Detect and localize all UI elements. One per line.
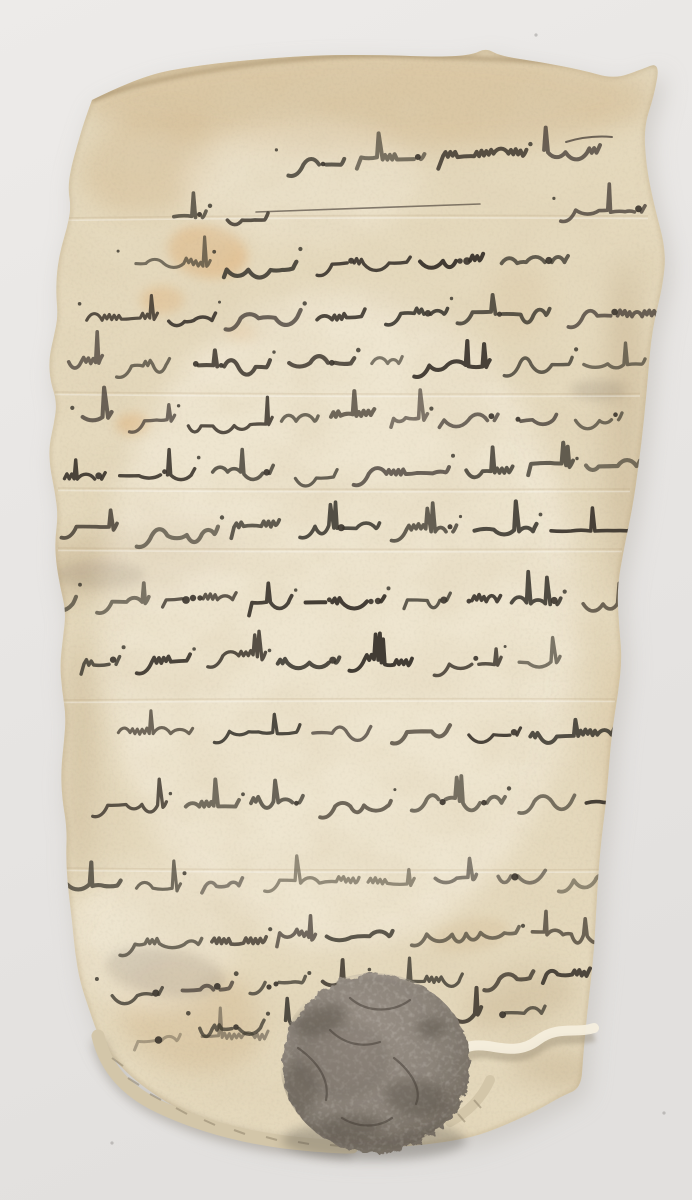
diacritic-dot — [78, 302, 82, 306]
diacritic-dot — [183, 871, 187, 875]
diacritic-dot — [95, 977, 99, 981]
diacritic-dot — [539, 513, 543, 517]
diacritic-dot — [504, 645, 507, 648]
diacritic-dot — [208, 204, 212, 208]
diacritic-dot — [122, 645, 126, 649]
seal-blotch — [417, 1018, 447, 1038]
diacritic-dot — [528, 142, 532, 146]
ink-blob — [457, 258, 463, 264]
diacritic-dot — [507, 786, 511, 790]
dust-speck — [110, 1141, 113, 1144]
diacritic-dot — [197, 456, 201, 460]
diacritic-dot — [169, 792, 172, 795]
ink-blob — [266, 984, 271, 989]
diacritic-dot — [356, 348, 361, 353]
ink-blob — [473, 656, 478, 661]
diacritic-dot — [303, 301, 307, 305]
seal-blotch — [290, 1020, 390, 1100]
diacritic-dot — [451, 454, 455, 458]
manuscript-photograph — [0, 0, 692, 1200]
ink-blob — [448, 524, 453, 529]
diacritic-dot — [78, 583, 82, 587]
diacritic-dot — [117, 250, 120, 253]
diacritic-dot — [387, 586, 391, 590]
dust-speck — [662, 1111, 665, 1114]
diacritic-dot — [450, 297, 453, 300]
ink-blob — [182, 596, 190, 604]
diacritic-dot — [275, 148, 278, 151]
diacritic-dot — [234, 971, 239, 976]
diacritic-dot — [220, 515, 224, 519]
diacritic-dot — [298, 247, 302, 251]
diacritic-dot — [575, 457, 578, 460]
dust-speck — [534, 33, 537, 36]
diacritic-dot — [268, 927, 272, 931]
diacritic-dot — [459, 515, 462, 518]
ink-blob — [368, 599, 373, 604]
diacritic-dot — [70, 406, 74, 410]
diacritic-dot — [192, 647, 196, 651]
diacritic-dot — [429, 407, 433, 411]
diacritic-dot — [212, 250, 216, 254]
manuscript-scene — [0, 0, 692, 1200]
diacritic-dot — [266, 1012, 270, 1016]
diacritic-dot — [521, 924, 525, 928]
diacritic-dot — [186, 1011, 191, 1016]
diacritic-dot — [552, 197, 555, 200]
diacritic-dot — [272, 350, 275, 353]
diacritic-dot — [294, 588, 297, 591]
diacritic-dot — [218, 301, 221, 304]
diacritic-dot — [563, 590, 567, 594]
ink-blob — [489, 413, 495, 419]
ink-blob — [613, 412, 618, 417]
diacritic-dot — [368, 968, 372, 972]
diacritic-dot — [241, 792, 245, 796]
diacritic-dot — [574, 347, 578, 351]
diacritic-dot — [393, 788, 396, 791]
diacritic-dot — [177, 404, 180, 407]
diacritic-dot — [307, 971, 311, 975]
diacritic-dot — [268, 649, 272, 653]
ink-blob — [190, 595, 196, 601]
